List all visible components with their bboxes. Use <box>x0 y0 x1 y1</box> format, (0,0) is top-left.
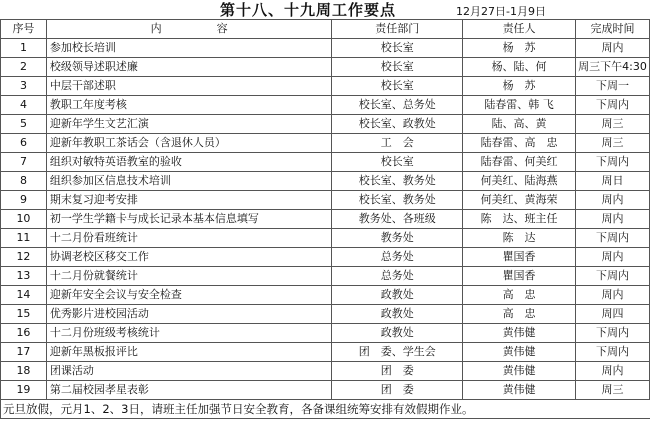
dept-cell[interactable]: 校长室、政教处 <box>332 115 463 134</box>
dept-cell[interactable]: 总务处 <box>332 267 463 286</box>
table-row: 5迎新年学生文艺汇演校长室、政教处陆、高、黄周三 <box>1 115 650 134</box>
row-number[interactable]: 2 <box>1 58 47 77</box>
dept-cell[interactable]: 校长室 <box>332 77 463 96</box>
due-cell[interactable]: 周内 <box>575 210 649 229</box>
table-row: 15优秀影片进校园活动政教处高 忠周四 <box>1 305 650 324</box>
dept-cell[interactable]: 校长室、总务处 <box>332 96 463 115</box>
person-cell[interactable]: 杨、陆、何 <box>463 58 576 77</box>
person-cell[interactable]: 陆春雷、何美红 <box>463 153 576 172</box>
task-cell[interactable]: 初一学生学籍卡与成长记录本基本信息填写 <box>46 210 332 229</box>
due-cell[interactable]: 周内 <box>575 362 649 381</box>
table-row: 1参加校长培训校长室杨 苏周内 <box>1 39 650 58</box>
task-cell[interactable]: 参加校长培训 <box>46 39 332 58</box>
table-row: 8组织参加区信息技术培训校长室、教务处何美红、陆海燕周日 <box>1 172 650 191</box>
row-number[interactable]: 1 <box>1 39 47 58</box>
person-cell[interactable]: 黄伟健 <box>463 324 576 343</box>
row-number[interactable]: 10 <box>1 210 47 229</box>
row-number[interactable]: 14 <box>1 286 47 305</box>
dept-cell[interactable]: 校长室、教务处 <box>332 172 463 191</box>
task-cell[interactable]: 组织参加区信息技术培训 <box>46 172 332 191</box>
row-number[interactable]: 5 <box>1 115 47 134</box>
row-number[interactable]: 9 <box>1 191 47 210</box>
table-row: 11十二月份看班统计教务处陈 达下周内 <box>1 229 650 248</box>
dept-cell[interactable]: 教务处 <box>332 229 463 248</box>
due-cell[interactable]: 下周内 <box>575 153 649 172</box>
person-cell[interactable]: 何美红、陆海燕 <box>463 172 576 191</box>
row-number[interactable]: 7 <box>1 153 47 172</box>
table-row: 17迎新年黑板报评比团 委、学生会黄伟健下周内 <box>1 343 650 362</box>
task-cell[interactable]: 迎新年黑板报评比 <box>46 343 332 362</box>
row-number[interactable]: 13 <box>1 267 47 286</box>
dept-cell[interactable]: 工 会 <box>332 134 463 153</box>
due-cell[interactable]: 下周一 <box>575 77 649 96</box>
dept-cell[interactable]: 教务处、各班级 <box>332 210 463 229</box>
person-cell[interactable]: 黄伟健 <box>463 381 576 400</box>
row-number[interactable]: 12 <box>1 248 47 267</box>
row-number[interactable]: 15 <box>1 305 47 324</box>
date-range: 12月27日-1月9日 <box>456 3 546 19</box>
person-cell[interactable]: 瞿国香 <box>463 267 576 286</box>
person-cell[interactable]: 杨 苏 <box>463 39 576 58</box>
header-content[interactable]: 内 容 <box>46 20 332 39</box>
table-row: 9期末复习迎考安排校长室、教务处何美红、黄海荣周内 <box>1 191 650 210</box>
person-cell[interactable]: 高 忠 <box>463 305 576 324</box>
task-cell[interactable]: 迎新年教职工茶话会（含退休人员） <box>46 134 332 153</box>
task-cell[interactable]: 十二月份就餐统计 <box>46 267 332 286</box>
dept-cell[interactable]: 校长室、教务处 <box>332 191 463 210</box>
work-plan-table: 序号 内 容 责任部门 责任人 完成时间 1参加校长培训校长室杨 苏周内2校级领… <box>0 19 650 419</box>
dept-cell[interactable]: 团 委 <box>332 381 463 400</box>
row-number[interactable]: 19 <box>1 381 47 400</box>
person-cell[interactable]: 杨 苏 <box>463 77 576 96</box>
row-number[interactable]: 11 <box>1 229 47 248</box>
dept-cell[interactable]: 政教处 <box>332 324 463 343</box>
table-row: 12协调老校区移交工作总务处瞿国香周内 <box>1 248 650 267</box>
row-number[interactable]: 17 <box>1 343 47 362</box>
person-cell[interactable]: 黄伟健 <box>463 362 576 381</box>
dept-cell[interactable]: 校长室 <box>332 58 463 77</box>
title-row: 第十八、十九周工作要点 12月27日-1月9日 <box>0 0 650 20</box>
table-row: 3中层干部述职校长室杨 苏下周一 <box>1 77 650 96</box>
spreadsheet: 第十八、十九周工作要点 12月27日-1月9日 序号 内 容 责任部门 责任人 … <box>0 0 650 426</box>
person-cell[interactable]: 高 忠 <box>463 286 576 305</box>
header-no[interactable]: 序号 <box>1 20 47 39</box>
due-cell[interactable]: 周日 <box>575 172 649 191</box>
row-number[interactable]: 3 <box>1 77 47 96</box>
due-cell[interactable]: 周内 <box>575 191 649 210</box>
task-cell[interactable]: 校级领导述职述廉 <box>46 58 332 77</box>
task-cell[interactable]: 教职工年度考核 <box>46 96 332 115</box>
task-cell[interactable]: 十二月份班级考核统计 <box>46 324 332 343</box>
table-row: 7组织对敏特英语教室的验收校长室陆春雷、何美红下周内 <box>1 153 650 172</box>
task-cell[interactable]: 协调老校区移交工作 <box>46 248 332 267</box>
due-cell[interactable]: 下周内 <box>575 324 649 343</box>
person-cell[interactable]: 陆春雷、韩 飞 <box>463 96 576 115</box>
table-row: 18团课活动团 委黄伟健周内 <box>1 362 650 381</box>
footer-note[interactable]: 元旦放假，元月1、2、3日，请班主任加强节日安全教育，各备课组统筹安排有效假期作… <box>1 400 650 419</box>
dept-cell[interactable]: 团 委 <box>332 362 463 381</box>
table-row: 2校级领导述职述廉校长室杨、陆、何周三下午4:30 <box>1 58 650 77</box>
due-cell[interactable]: 周四 <box>575 305 649 324</box>
table-row: 16十二月份班级考核统计政教处黄伟健下周内 <box>1 324 650 343</box>
dept-cell[interactable]: 团 委、学生会 <box>332 343 463 362</box>
dept-cell[interactable]: 政教处 <box>332 286 463 305</box>
table-row: 6迎新年教职工茶话会（含退休人员）工 会陆春雷、高 忠周三 <box>1 134 650 153</box>
table-row: 4教职工年度考核校长室、总务处陆春雷、韩 飞下周内 <box>1 96 650 115</box>
due-cell[interactable]: 下周内 <box>575 267 649 286</box>
task-cell[interactable]: 十二月份看班统计 <box>46 229 332 248</box>
person-cell[interactable]: 何美红、黄海荣 <box>463 191 576 210</box>
due-cell[interactable]: 周三 <box>575 115 649 134</box>
due-cell[interactable]: 周三 <box>575 134 649 153</box>
due-cell[interactable]: 下周内 <box>575 96 649 115</box>
task-cell[interactable]: 团课活动 <box>46 362 332 381</box>
person-cell[interactable]: 陈 达、班主任 <box>463 210 576 229</box>
due-cell[interactable]: 周内 <box>575 39 649 58</box>
row-number[interactable]: 8 <box>1 172 47 191</box>
footer-row: 元旦放假，元月1、2、3日，请班主任加强节日安全教育，各备课组统筹安排有效假期作… <box>1 400 650 419</box>
row-number[interactable]: 6 <box>1 134 47 153</box>
task-cell[interactable]: 期末复习迎考安排 <box>46 191 332 210</box>
person-cell[interactable]: 陆、高、黄 <box>463 115 576 134</box>
dept-cell[interactable]: 总务处 <box>332 248 463 267</box>
table-row: 19第二届校园孝星表彰团 委黄伟健周三 <box>1 381 650 400</box>
due-cell[interactable]: 周三下午4:30 <box>575 58 649 77</box>
document-title: 第十八、十九周工作要点 <box>220 0 396 20</box>
table-row: 14迎新年安全会议与安全检查政教处高 忠周内 <box>1 286 650 305</box>
table-row: 10初一学生学籍卡与成长记录本基本信息填写教务处、各班级陈 达、班主任周内 <box>1 210 650 229</box>
dept-cell[interactable]: 政教处 <box>332 305 463 324</box>
due-cell[interactable]: 周三 <box>575 381 649 400</box>
person-cell[interactable]: 瞿国香 <box>463 248 576 267</box>
row-number[interactable]: 16 <box>1 324 47 343</box>
task-cell[interactable]: 迎新年学生文艺汇演 <box>46 115 332 134</box>
task-cell[interactable]: 迎新年安全会议与安全检查 <box>46 286 332 305</box>
due-cell[interactable]: 周内 <box>575 286 649 305</box>
table-row: 13十二月份就餐统计总务处瞿国香下周内 <box>1 267 650 286</box>
task-cell[interactable]: 第二届校园孝星表彰 <box>46 381 332 400</box>
person-cell[interactable]: 黄伟健 <box>463 343 576 362</box>
due-cell[interactable]: 下周内 <box>575 343 649 362</box>
task-cell[interactable]: 优秀影片进校园活动 <box>46 305 332 324</box>
header-due[interactable]: 完成时间 <box>575 20 649 39</box>
task-cell[interactable]: 组织对敏特英语教室的验收 <box>46 153 332 172</box>
dept-cell[interactable]: 校长室 <box>332 153 463 172</box>
header-row: 序号 内 容 责任部门 责任人 完成时间 <box>1 20 650 39</box>
task-cell[interactable]: 中层干部述职 <box>46 77 332 96</box>
dept-cell[interactable]: 校长室 <box>332 39 463 58</box>
person-cell[interactable]: 陆春雷、高 忠 <box>463 134 576 153</box>
header-dept[interactable]: 责任部门 <box>332 20 463 39</box>
header-person[interactable]: 责任人 <box>463 20 576 39</box>
person-cell[interactable]: 陈 达 <box>463 229 576 248</box>
due-cell[interactable]: 下周内 <box>575 229 649 248</box>
row-number[interactable]: 18 <box>1 362 47 381</box>
row-number[interactable]: 4 <box>1 96 47 115</box>
due-cell[interactable]: 周内 <box>575 248 649 267</box>
